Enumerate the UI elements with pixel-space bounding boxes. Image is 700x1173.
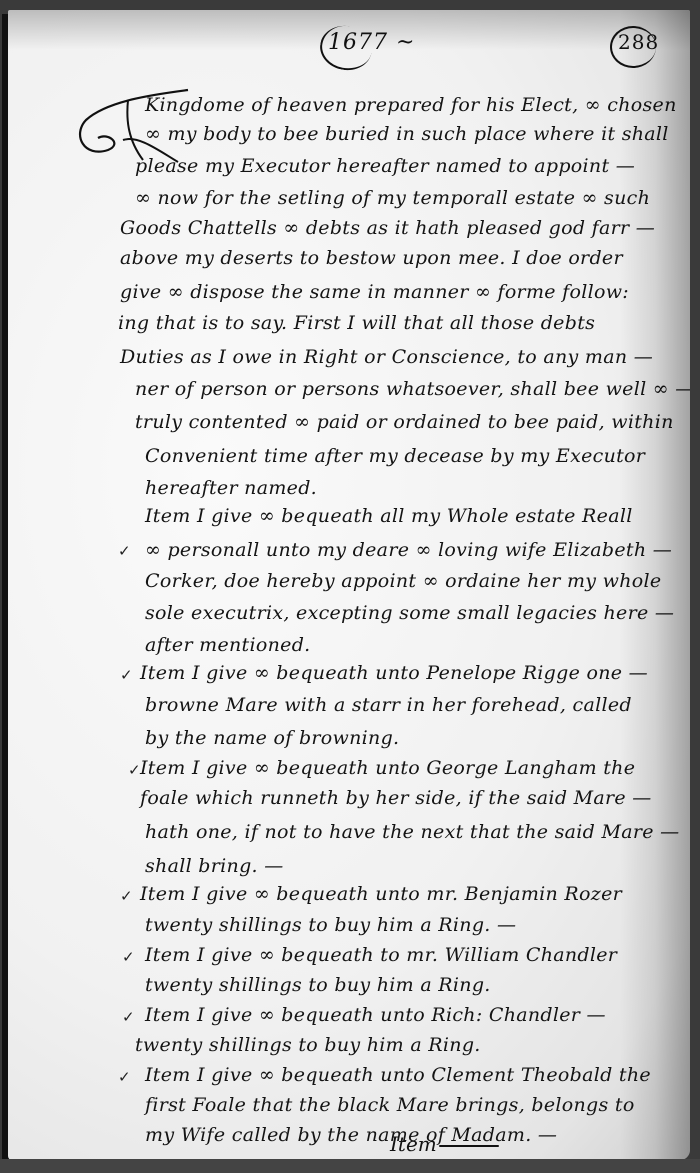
manuscript-line: please my Executor hereafter named to ap…: [135, 155, 635, 177]
manuscript-line: ing that is to say. First I will that al…: [118, 312, 595, 334]
manuscript-line: Goods Chattells ∞ debts as it hath pleas…: [120, 217, 655, 239]
manuscript-line: truly contented ∞ paid or ordained to be…: [135, 411, 674, 433]
margin-check-icon: ✓: [120, 666, 133, 684]
manuscript-line: Item I give ∞ bequeath unto Clement Theo…: [145, 1064, 651, 1086]
manuscript-line: ∞ personall unto my deare ∞ loving wife …: [145, 539, 672, 561]
manuscript-line: twenty shillings to buy him a Ring.: [135, 1034, 481, 1056]
manuscript-line: Item I give ∞ bequeath unto Penelope Rig…: [140, 662, 648, 684]
manuscript-line: Item I give ∞ bequeath unto George Langh…: [140, 757, 635, 779]
folio-circle-flourish: [610, 26, 656, 68]
catchword: Item: [390, 1132, 499, 1156]
manuscript-line: ∞ my body to bee buried in such place wh…: [145, 123, 669, 145]
manuscript-line: Item I give ∞ bequeath to mr. William Ch…: [145, 944, 617, 966]
manuscript-line: by the name of browning.: [145, 727, 399, 749]
manuscript-line: hath one, if not to have the next that t…: [145, 821, 679, 843]
manuscript-line: foale which runneth by her side, if the …: [140, 787, 652, 809]
year-annotation: 1677 ~: [328, 30, 415, 55]
manuscript-line: twenty shillings to buy him a Ring. —: [145, 914, 516, 936]
catchword-text: Item: [390, 1132, 437, 1156]
margin-check-icon: ✓: [128, 761, 141, 779]
catchword-flourish: [439, 1145, 499, 1147]
manuscript-line: Item I give ∞ bequeath unto Rich: Chandl…: [145, 1004, 606, 1026]
margin-check-icon: ✓: [122, 1008, 135, 1026]
manuscript-line: give ∞ dispose the same in manner ∞ form…: [120, 281, 629, 303]
margin-check-icon: ✓: [120, 887, 133, 905]
manuscript-line: hereafter named.: [145, 477, 317, 499]
manuscript-line: Kingdome of heaven prepared for his Elec…: [145, 94, 677, 116]
margin-check-icon: ✓: [118, 1068, 131, 1086]
manuscript-line: Convenient time after my decease by my E…: [145, 445, 645, 467]
manuscript-line: first Foale that the black Mare brings, …: [145, 1094, 635, 1116]
scan-bottom-edge: [0, 1159, 700, 1173]
manuscript-line: after mentioned.: [145, 634, 311, 656]
manuscript-page: 1677 ~ 288 Kingdome of heaven prepared f…: [8, 10, 690, 1160]
folio-number: 288: [618, 30, 659, 54]
manuscript-line: twenty shillings to buy him a Ring.: [145, 974, 491, 996]
manuscript-line: ∞ now for the setling of my temporall es…: [135, 187, 650, 209]
margin-check-icon: ✓: [118, 542, 131, 560]
manuscript-line: ner of person or persons whatsoever, sha…: [135, 378, 690, 400]
manuscript-line: Item I give ∞ bequeath all my Whole esta…: [145, 505, 633, 527]
manuscript-line: above my deserts to bestow upon mee. I d…: [120, 247, 623, 269]
manuscript-line: sole executrix, excepting some small leg…: [145, 602, 674, 624]
manuscript-line: Duties as I owe in Right or Conscience, …: [120, 346, 653, 368]
manuscript-line: browne Mare with a starr in her forehead…: [145, 694, 632, 716]
manuscript-line: Item I give ∞ bequeath unto mr. Benjamin…: [140, 883, 622, 905]
margin-check-icon: ✓: [122, 948, 135, 966]
manuscript-line: Corker, doe hereby appoint ∞ ordaine her…: [145, 570, 661, 592]
year-dash: ~: [388, 30, 415, 55]
manuscript-line: shall bring. —: [145, 855, 284, 877]
